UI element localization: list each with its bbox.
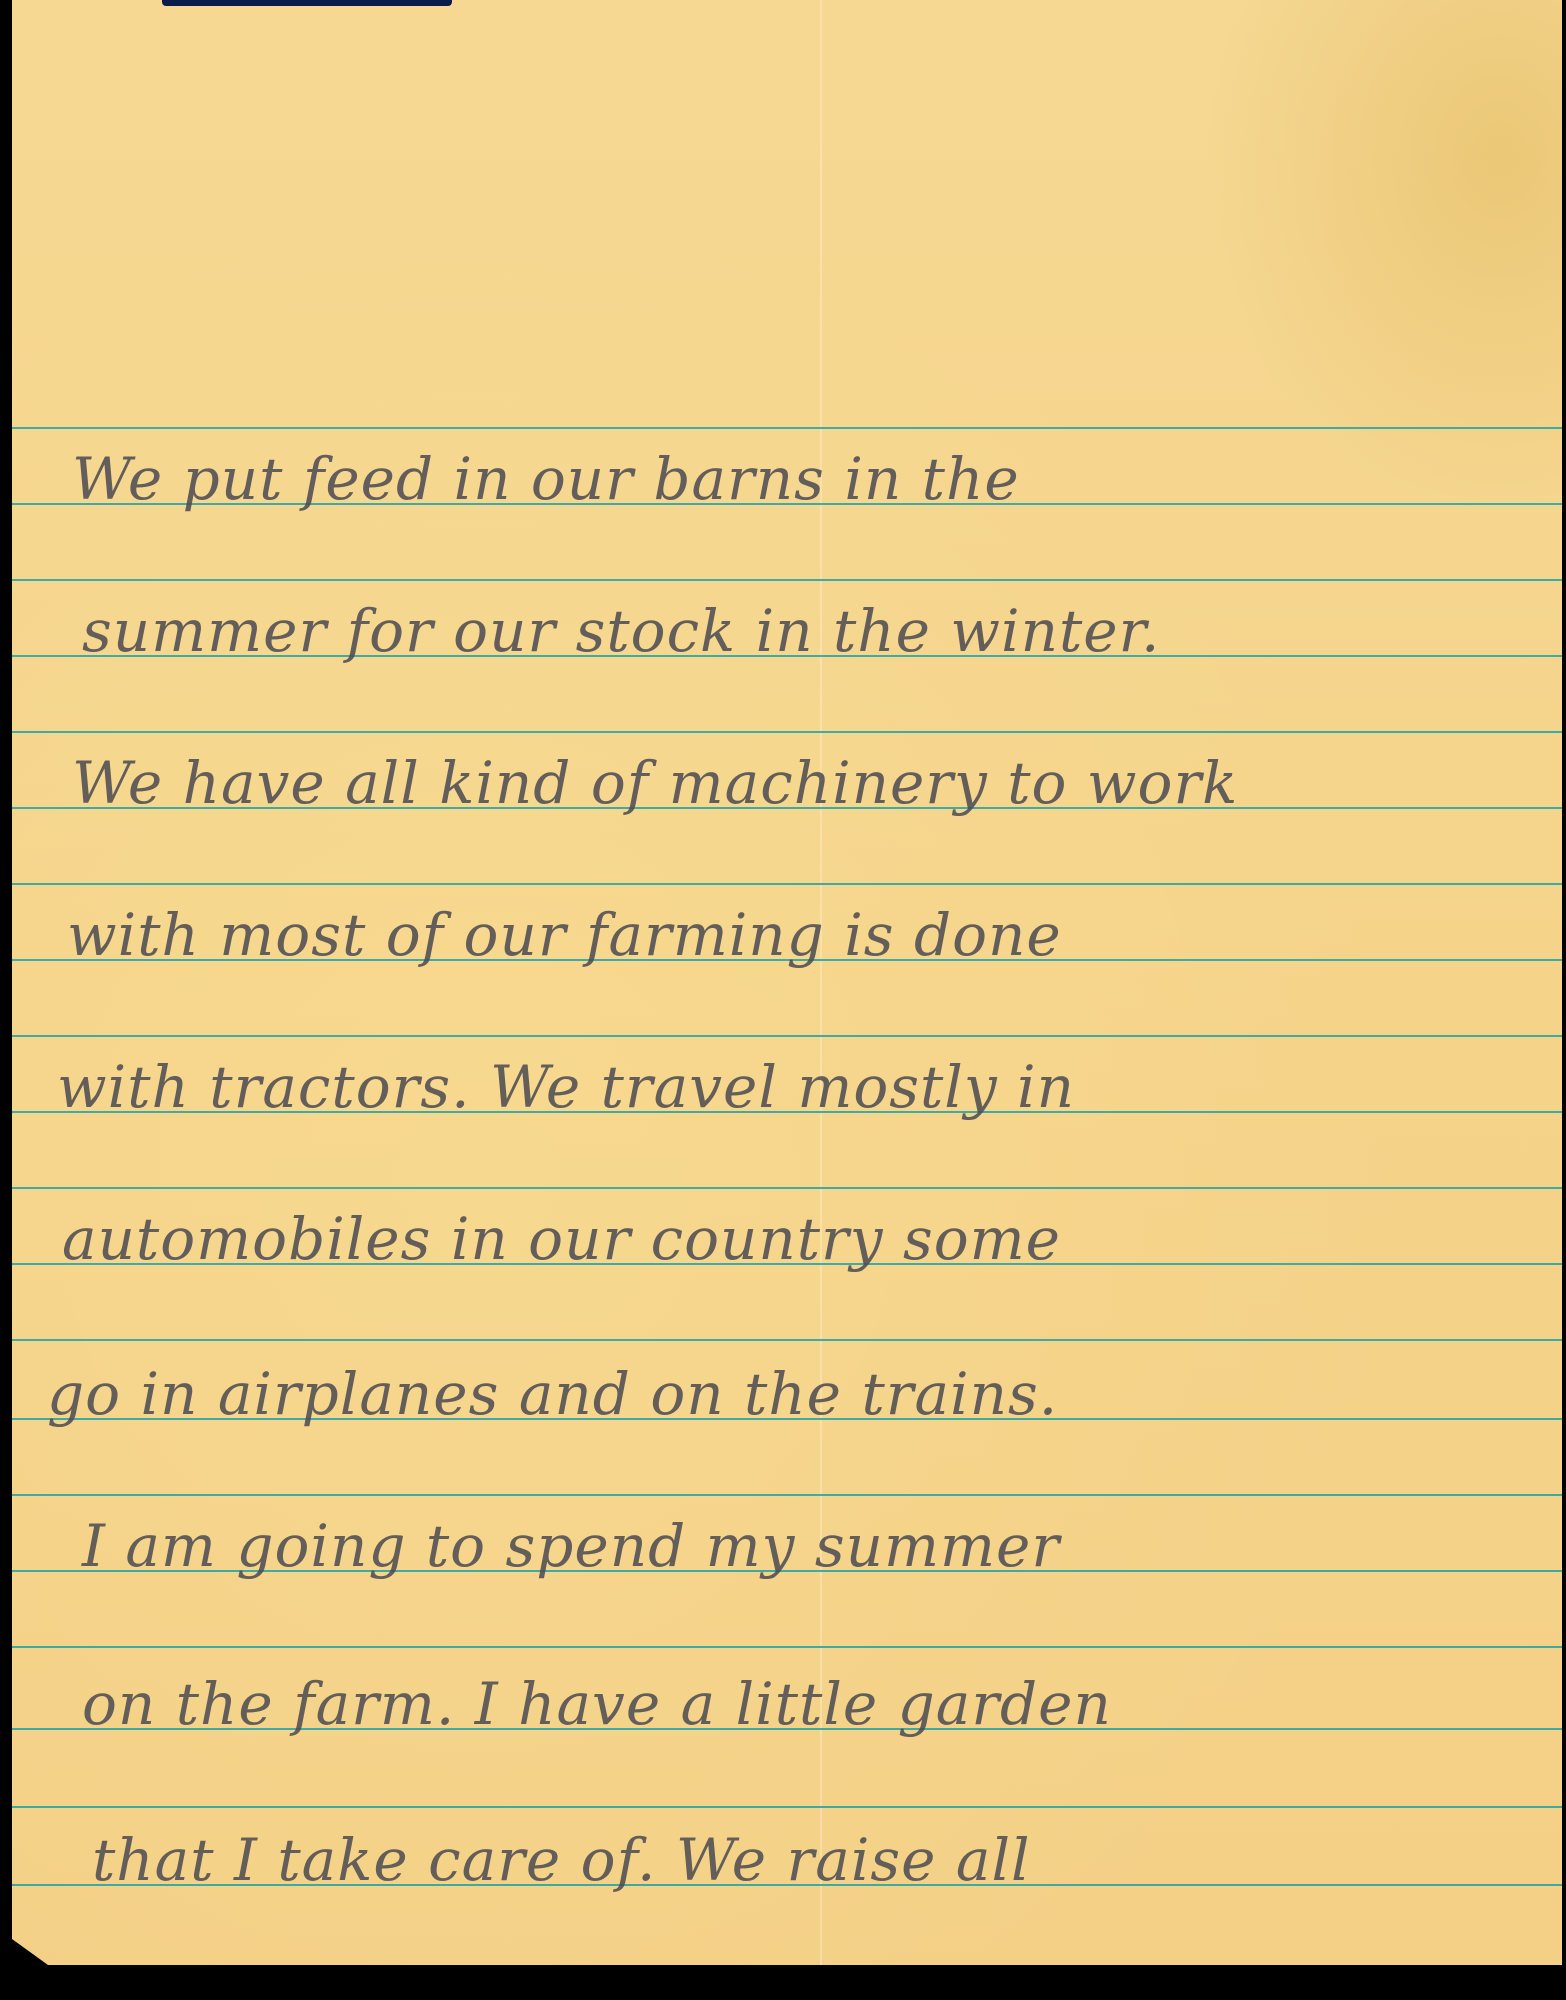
handwritten-line-1: We put feed in our barns in the: [72, 450, 1020, 508]
ruled-line: [12, 1339, 1562, 1341]
ruled-line: [12, 1494, 1562, 1496]
ruled-line: [12, 1035, 1562, 1037]
ruled-line: [12, 579, 1562, 581]
handwritten-line-7: go in airplanes and on the trains.: [47, 1365, 1058, 1423]
letter-page: We put feed in our barns in the summer f…: [12, 0, 1562, 1965]
handwritten-line-10: that I take care of. We raise all: [92, 1831, 1031, 1889]
handwritten-line-4: with most of our farming is done: [67, 906, 1062, 964]
handwritten-line-3: We have all kind of machinery to work: [72, 754, 1238, 812]
handwritten-line-9: on the farm. I have a little garden: [82, 1675, 1112, 1733]
ruled-line: [12, 1646, 1562, 1648]
handwritten-line-2: summer for our stock in the winter.: [82, 602, 1160, 660]
ruled-line: [12, 1806, 1562, 1808]
handwritten-line-6: automobiles in our country some: [62, 1210, 1061, 1268]
ruled-line: [12, 731, 1562, 733]
ruled-line: [12, 1187, 1562, 1189]
handwritten-line-8: I am going to spend my summer: [82, 1517, 1060, 1575]
page-top-edge-tear: [162, 0, 452, 6]
ruled-line: [12, 427, 1562, 429]
ruled-line: [12, 883, 1562, 885]
handwritten-line-5: with tractors. We travel mostly in: [57, 1058, 1075, 1116]
